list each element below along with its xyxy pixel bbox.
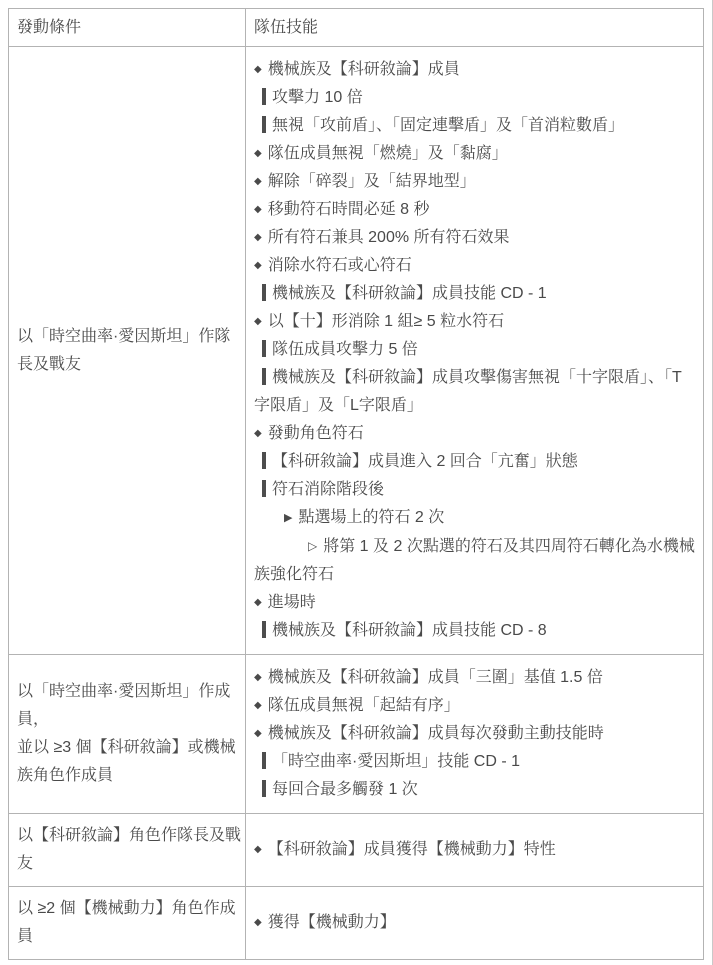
skill-line: ◆消除水符石或心符石 (254, 252, 695, 280)
table-row: 以「時空曲率·愛因斯坦」作隊長及戰友◆機械族及【科研敘論】成員攻擊力 10 倍無… (9, 47, 704, 655)
skill-text: 機械族及【科研敘論】成員技能 CD - 8 (272, 622, 547, 639)
skill-text: 移動符石時間必延 8 秒 (268, 201, 430, 218)
diamond-bullet-icon: ◆ (254, 176, 262, 187)
skill-line: ◆進場時 (254, 589, 695, 617)
skill-line: ◆以【十】形消除 1 組≥ 5 粒水符石 (254, 308, 695, 336)
table-row: 以「時空曲率·愛因斯坦」作成員，並以 ≥3 個【科研敘論】或機械族角色作成員◆機… (9, 655, 704, 814)
skill-line: ◆所有符石兼具 200% 所有符石效果 (254, 224, 695, 252)
skill-text: 解除「碎裂」及「結界地型」 (268, 173, 476, 190)
skill-line: ◆【科研敘論】成員獲得【機械動力】特性 (254, 836, 695, 864)
content-area: 發動條件 隊伍技能 以「時空曲率·愛因斯坦」作隊長及戰友◆機械族及【科研敘論】成… (0, 0, 713, 965)
diamond-bullet-icon: ◆ (254, 232, 262, 243)
condition-text: 以「時空曲率·愛因斯坦」作隊長及戰友 (17, 323, 242, 379)
bar-bullet-icon (262, 368, 266, 385)
column-header-activation-condition: 發動條件 (9, 9, 246, 47)
tri-filled-bullet-icon: ▶ (284, 512, 292, 524)
skill-line: ◆機械族及【科研敘論】成員 (254, 56, 695, 84)
diamond-bullet-icon: ◆ (254, 316, 262, 327)
activation-condition-cell: 以「時空曲率·愛因斯坦」作隊長及戰友 (9, 47, 246, 655)
tri-open-bullet-icon: ▷ (308, 539, 317, 553)
skill-line: ◆機械族及【科研敘論】成員「三圍」基值 1.5 倍 (254, 664, 695, 692)
skill-text: 【科研敘論】成員獲得【機械動力】特性 (268, 841, 556, 858)
bar-bullet-icon (262, 480, 266, 497)
team-skill-cell: ◆機械族及【科研敘論】成員攻擊力 10 倍無視「攻前盾」、「固定連擊盾」及「首消… (246, 47, 704, 655)
activation-condition-cell: 以「時空曲率·愛因斯坦」作成員，並以 ≥3 個【科研敘論】或機械族角色作成員 (9, 655, 246, 814)
skill-line: 機械族及【科研敘論】成員技能 CD - 1 (254, 280, 695, 308)
skill-text: 隊伍成員無視「燃燒」及「黏腐」 (268, 145, 508, 162)
skill-line: ◆發動角色符石 (254, 420, 695, 448)
skill-text: 無視「攻前盾」、「固定連擊盾」及「首消粒數盾」 (272, 117, 624, 134)
table-row: 以【科研敘論】角色作隊長及戰友◆【科研敘論】成員獲得【機械動力】特性 (9, 814, 704, 887)
skill-text: 所有符石兼具 200% 所有符石效果 (268, 229, 510, 246)
skill-text: 【科研敘論】成員進入 2 回合「亢奮」狀態 (272, 453, 578, 470)
skill-line: ◆隊伍成員無視「起結有序」 (254, 692, 695, 720)
skill-line: 無視「攻前盾」、「固定連擊盾」及「首消粒數盾」 (254, 112, 695, 140)
skill-text: 消除水符石或心符石 (268, 257, 412, 274)
condition-text: 並以 ≥3 個【科研敘論】或機械族角色作成員 (17, 734, 242, 790)
skill-text: 機械族及【科研敘論】成員「三圍」基值 1.5 倍 (268, 669, 603, 686)
team-skill-cell: ◆【科研敘論】成員獲得【機械動力】特性 (246, 814, 704, 887)
bar-bullet-icon (262, 452, 266, 469)
table-body: 以「時空曲率·愛因斯坦」作隊長及戰友◆機械族及【科研敘論】成員攻擊力 10 倍無… (9, 47, 704, 960)
skill-text: 以【十】形消除 1 組≥ 5 粒水符石 (268, 313, 504, 330)
condition-text: 以 ≥2 個【機械動力】角色作成員 (17, 895, 242, 951)
diamond-bullet-icon: ◆ (254, 917, 262, 928)
skill-text: 將第 1 及 2 次點選的符石及其四周符石轉化為水機械族強化符石 (254, 538, 695, 583)
skill-line: ◆隊伍成員無視「燃燒」及「黏腐」 (254, 140, 695, 168)
diamond-bullet-icon: ◆ (254, 728, 262, 739)
skill-text: 獲得【機械動力】 (268, 914, 396, 931)
header-row: 發動條件 隊伍技能 (9, 9, 704, 47)
bar-bullet-icon (262, 752, 266, 769)
skill-line: ◆解除「碎裂」及「結界地型」 (254, 168, 695, 196)
skill-line: 攻擊力 10 倍 (254, 84, 695, 112)
skill-text: 點選場上的符石 2 次 (298, 509, 444, 526)
skill-line: 【科研敘論】成員進入 2 回合「亢奮」狀態 (254, 448, 695, 476)
skill-line: 符石消除階段後 (254, 476, 695, 504)
diamond-bullet-icon: ◆ (254, 672, 262, 683)
skill-line: ◆機械族及【科研敘論】成員每次發動主動技能時 (254, 720, 695, 748)
skill-text: 隊伍成員無視「起結有序」 (268, 697, 460, 714)
diamond-bullet-icon: ◆ (254, 844, 262, 855)
bar-bullet-icon (262, 88, 266, 105)
column-header-team-skill: 隊伍技能 (246, 9, 704, 47)
skill-text: 機械族及【科研敘論】成員 (268, 61, 460, 78)
diamond-bullet-icon: ◆ (254, 64, 262, 75)
skill-text: 進場時 (268, 594, 316, 611)
skill-line: ◆移動符石時間必延 8 秒 (254, 196, 695, 224)
table-row: 以 ≥2 個【機械動力】角色作成員◆獲得【機械動力】 (9, 887, 704, 960)
diamond-bullet-icon: ◆ (254, 204, 262, 215)
team-skill-cell: ◆獲得【機械動力】 (246, 887, 704, 960)
page: { "page": { "background": "#ffffff", "te… (0, 0, 713, 965)
skill-text: 機械族及【科研敘論】成員攻擊傷害無視「十字限盾」、「T字限盾」及「L字限盾」 (254, 369, 682, 414)
skill-text: 發動角色符石 (268, 425, 364, 442)
skill-text: 每回合最多觸發 1 次 (272, 781, 418, 798)
skill-text: 機械族及【科研敘論】成員技能 CD - 1 (272, 285, 547, 302)
condition-text: 以【科研敘論】角色作隊長及戰友 (17, 822, 242, 878)
skill-line: ▷將第 1 及 2 次點選的符石及其四周符石轉化為水機械族強化符石 (254, 532, 695, 589)
skill-line: ◆獲得【機械動力】 (254, 909, 695, 937)
bar-bullet-icon (262, 340, 266, 357)
skill-line: ▶點選場上的符石 2 次 (254, 504, 695, 532)
team-skill-table: 發動條件 隊伍技能 以「時空曲率·愛因斯坦」作隊長及戰友◆機械族及【科研敘論】成… (8, 8, 704, 960)
bar-bullet-icon (262, 621, 266, 638)
diamond-bullet-icon: ◆ (254, 428, 262, 439)
skill-text: 隊伍成員攻擊力 5 倍 (272, 341, 418, 358)
skill-line: 每回合最多觸發 1 次 (254, 776, 695, 804)
skill-text: 攻擊力 10 倍 (272, 89, 363, 106)
bar-bullet-icon (262, 116, 266, 133)
activation-condition-cell: 以【科研敘論】角色作隊長及戰友 (9, 814, 246, 887)
condition-text: 以「時空曲率·愛因斯坦」作成員， (17, 678, 242, 734)
diamond-bullet-icon: ◆ (254, 597, 262, 608)
skill-text: 「時空曲率·愛因斯坦」技能 CD - 1 (272, 753, 520, 770)
skill-line: 機械族及【科研敘論】成員攻擊傷害無視「十字限盾」、「T字限盾」及「L字限盾」 (254, 364, 695, 420)
skill-line: 機械族及【科研敘論】成員技能 CD - 8 (254, 617, 695, 645)
skill-line: 「時空曲率·愛因斯坦」技能 CD - 1 (254, 748, 695, 776)
team-skill-cell: ◆機械族及【科研敘論】成員「三圍」基值 1.5 倍◆隊伍成員無視「起結有序」◆機… (246, 655, 704, 814)
skill-text: 機械族及【科研敘論】成員每次發動主動技能時 (268, 725, 604, 742)
bar-bullet-icon (262, 284, 266, 301)
skill-line: 隊伍成員攻擊力 5 倍 (254, 336, 695, 364)
diamond-bullet-icon: ◆ (254, 148, 262, 159)
diamond-bullet-icon: ◆ (254, 260, 262, 271)
activation-condition-cell: 以 ≥2 個【機械動力】角色作成員 (9, 887, 246, 960)
diamond-bullet-icon: ◆ (254, 700, 262, 711)
bar-bullet-icon (262, 780, 266, 797)
skill-text: 符石消除階段後 (272, 481, 384, 498)
